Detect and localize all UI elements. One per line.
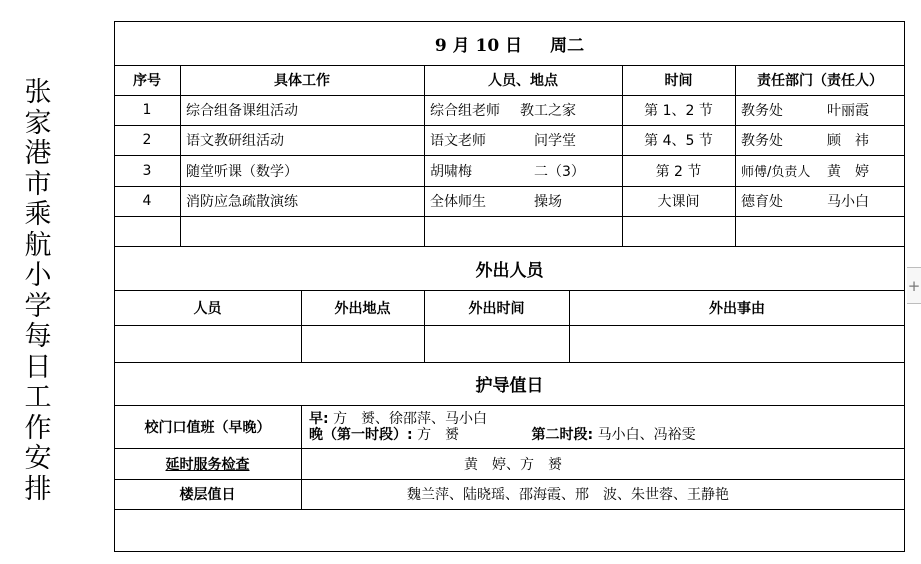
row-time: 第 2 节 — [622, 155, 735, 186]
row-no: 2 — [114, 125, 180, 155]
title-char: 学 — [20, 292, 56, 323]
row-task: 综合组备课组活动 — [180, 95, 424, 125]
morning-label: 早: — [309, 411, 329, 427]
delay-service-label-text: 延时服务检查 — [166, 454, 250, 474]
divider — [114, 325, 905, 326]
outing-col-time: 外出时间 — [424, 290, 569, 325]
row-people-place: 综合组老师 教工之家 — [424, 95, 622, 125]
dept: 教务处 — [741, 100, 827, 120]
row-no: 1 — [114, 95, 180, 125]
dept: 德育处 — [741, 191, 827, 211]
outing-title: 外出人员 — [114, 246, 905, 290]
row-time: 第 4、5 节 — [622, 125, 735, 155]
owner: 叶丽霞 — [827, 100, 869, 120]
delay-service-label: 延时服务检查 — [114, 448, 301, 479]
place: 教工之家 — [520, 100, 576, 120]
weekday-text: 周二 — [550, 31, 584, 56]
col-header-people: 人员、地点 — [424, 65, 622, 95]
owner: 顾 祎 — [827, 130, 869, 150]
row-dept: 师傅/负责人 黄 婷 — [735, 155, 905, 186]
col-header-task: 具体工作 — [180, 65, 424, 95]
col-header-dept: 责任部门（责任人） — [735, 65, 905, 95]
plus-icon: + — [908, 277, 921, 295]
dept: 师傅/负责人 — [741, 161, 827, 180]
row-dept: 德育处 马小白 — [735, 186, 905, 216]
second-period-names: 马小白、冯裕雯 — [598, 427, 696, 443]
date-text: 9 月 10 日 — [435, 31, 522, 56]
owner: 黄 婷 — [827, 161, 869, 181]
col-header-time: 时间 — [622, 65, 735, 95]
owner: 马小白 — [827, 191, 869, 211]
row-dept: 教务处 顾 祎 — [735, 125, 905, 155]
gate-evening-line: 晚（第一时段）: 方 赟 第二时段: 马小白、冯裕雯 — [309, 427, 696, 443]
floor-duty-value: 魏兰萍、陆晓瑶、邵海霞、邢 波、朱世蓉、王静艳 — [301, 479, 905, 509]
place: 问学堂 — [534, 130, 576, 150]
title-char: 张 — [20, 78, 56, 109]
row-people-place: 全体师生 操场 — [424, 186, 622, 216]
dept: 教务处 — [741, 130, 827, 150]
outing-col-reason: 外出事由 — [569, 290, 905, 325]
row-people-place: 胡啸梅 二（3） — [424, 155, 622, 186]
morning-names: 方 赟、徐邵萍、马小白 — [333, 411, 487, 427]
vertical-title: 张 家 港 市 乘 航 小 学 每 日 工 作 安 排 — [20, 78, 56, 505]
divider — [114, 509, 905, 510]
title-char: 市 — [20, 170, 56, 201]
row-task: 消防应急疏散演练 — [180, 186, 424, 216]
people: 全体师生 — [430, 191, 534, 211]
row-time: 第 1、2 节 — [622, 95, 735, 125]
place: 二（3） — [534, 161, 585, 181]
row-no: 4 — [114, 186, 180, 216]
row-task: 语文教研组活动 — [180, 125, 424, 155]
title-char: 日 — [20, 353, 56, 384]
delay-service-value: 黄 婷、方 赟 — [301, 448, 905, 479]
people: 胡啸梅 — [430, 161, 534, 181]
row-time: 大课间 — [622, 186, 735, 216]
title-char: 家 — [20, 109, 56, 140]
schedule-table: 9 月 10 日 周二 序号 具体工作 人员、地点 时间 责任部门（责任人） 1… — [114, 21, 905, 552]
outing-col-place: 外出地点 — [301, 290, 424, 325]
date-header: 9 月 10 日 周二 — [114, 21, 905, 65]
col-header-no: 序号 — [114, 65, 180, 95]
evening-names: 方 赟 — [417, 427, 527, 443]
second-period-label: 第二时段: — [532, 427, 594, 443]
divider — [114, 216, 905, 217]
title-char: 航 — [20, 231, 56, 262]
outing-col-person: 人员 — [114, 290, 301, 325]
title-char: 排 — [20, 475, 56, 506]
row-dept: 教务处 叶丽霞 — [735, 95, 905, 125]
title-char: 工 — [20, 383, 56, 414]
title-char: 乘 — [20, 200, 56, 231]
floor-duty-label: 楼层值日 — [114, 479, 301, 509]
gate-duty-label: 校门口值班（早晚） — [114, 405, 301, 448]
evening-label: 晚（第一时段）: — [309, 427, 413, 443]
row-people-place: 语文老师 问学堂 — [424, 125, 622, 155]
add-row-button[interactable]: + — [907, 267, 921, 304]
people: 语文老师 — [430, 130, 534, 150]
title-char: 港 — [20, 139, 56, 170]
title-char: 作 — [20, 414, 56, 445]
duty-title: 护导值日 — [114, 362, 905, 405]
gate-duty-value: 早: 方 赟、徐邵萍、马小白 晚（第一时段）: 方 赟 第二时段: 马小白、冯裕… — [301, 405, 905, 448]
row-no: 3 — [114, 155, 180, 186]
gate-morning-line: 早: 方 赟、徐邵萍、马小白 — [309, 411, 487, 427]
people: 综合组老师 — [430, 100, 520, 120]
title-char: 每 — [20, 322, 56, 353]
title-char: 小 — [20, 261, 56, 292]
title-char: 安 — [20, 444, 56, 475]
place: 操场 — [534, 191, 562, 211]
row-task: 随堂听课（数学） — [180, 155, 424, 186]
